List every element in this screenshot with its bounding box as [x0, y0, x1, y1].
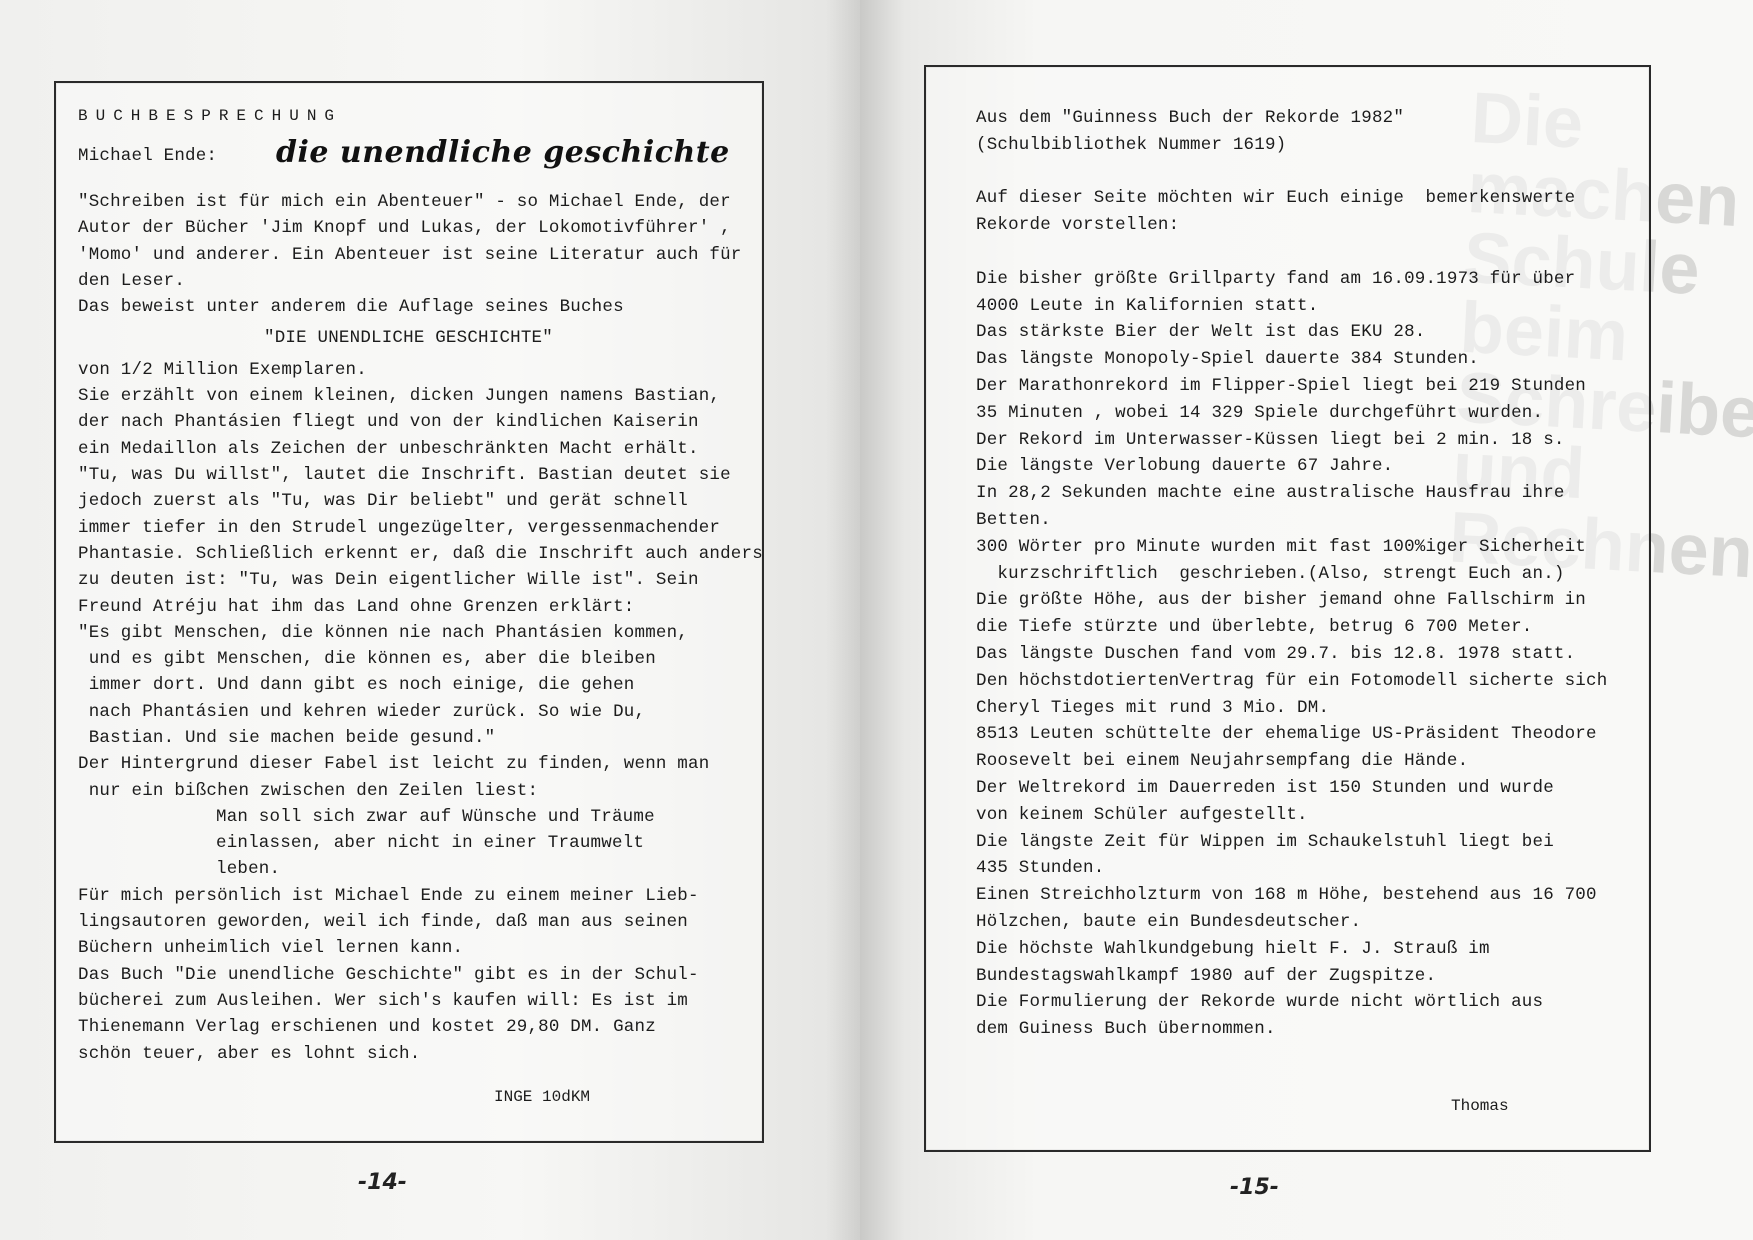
text-line: "Tu, was Du willst", lautet die Inschrif… — [78, 464, 731, 486]
record-line: Aus dem "Guinness Buch der Rekorde 1982" — [976, 107, 1404, 129]
record-line: Den höchstdotiertenVertrag für ein Fotom… — [976, 670, 1607, 692]
record-line: Das stärkste Bier der Welt ist das EKU 2… — [976, 321, 1425, 343]
page-number: -15- — [1230, 1175, 1279, 1200]
text-line: Man soll sich zwar auf Wünsche und Träum… — [216, 806, 655, 828]
record-line: Die größte Höhe, aus der bisher jemand o… — [976, 589, 1586, 611]
record-line: kurzschriftlich geschrieben.(Also, stren… — [976, 563, 1565, 585]
text-line: ein Medaillon als Zeichen der unbeschrän… — [78, 438, 699, 460]
text-line: "Schreiben ist für mich ein Abenteuer" -… — [78, 191, 731, 213]
record-line: Bundestagswahlkampf 1980 auf der Zugspit… — [976, 965, 1436, 987]
text-line: nach Phantásien und kehren wieder zurück… — [78, 701, 645, 723]
record-line: Der Marathonrekord im Flipper-Spiel lieg… — [976, 375, 1586, 397]
page-number: -14- — [358, 1170, 407, 1195]
record-line: von keinem Schüler aufgestellt. — [976, 804, 1308, 826]
text-line: Sie erzählt von einem kleinen, dicken Ju… — [78, 385, 720, 407]
record-line: die Tiefe stürzte und überlebte, betrug … — [976, 616, 1533, 638]
record-line: In 28,2 Sekunden machte eine australisch… — [976, 482, 1565, 504]
record-line: Betten. — [976, 509, 1051, 531]
text-line: den Leser. — [78, 270, 185, 292]
text-line: Für mich persönlich ist Michael Ende zu … — [78, 885, 699, 907]
text-line: Thienemann Verlag erschienen und kostet … — [78, 1016, 656, 1038]
record-line: (Schulbibliothek Nummer 1619) — [976, 134, 1286, 156]
text-line: immer tiefer in den Strudel ungezügelter… — [78, 517, 720, 539]
record-line: dem Guiness Buch übernommen. — [976, 1018, 1276, 1040]
record-line: Das längste Monopoly-Spiel dauerte 384 S… — [976, 348, 1479, 370]
text-line: Bastian. Und sie machen beide gesund." — [78, 727, 495, 749]
text-line: zu deuten ist: "Tu, was Dein eigentliche… — [78, 569, 699, 591]
text-line: leben. — [216, 858, 280, 880]
text-line: einlassen, aber nicht in einer Traumwelt — [216, 832, 644, 854]
record-line: Der Weltrekord im Dauerreden ist 150 Stu… — [976, 777, 1554, 799]
record-line: Die Formulierung der Rekorde wurde nicht… — [976, 991, 1543, 1013]
records-box: Aus dem "Guinness Buch der Rekorde 1982"… — [924, 65, 1651, 1152]
record-line: Hölzchen, baute ein Bundesdeutscher. — [976, 911, 1361, 933]
record-line: Rekorde vorstellen: — [976, 214, 1179, 236]
text-line: Büchern unheimlich viel lernen kann. — [78, 937, 463, 959]
record-line: Die längste Verlobung dauerte 67 Jahre. — [976, 455, 1393, 477]
record-line: 35 Minuten , wobei 14 329 Spiele durchge… — [976, 402, 1543, 424]
record-line: 4000 Leute in Kalifornien statt. — [976, 295, 1318, 317]
record-line: Auf dieser Seite möchten wir Euch einige… — [976, 187, 1575, 209]
text-line: bücherei zum Ausleihen. Wer sich's kaufe… — [78, 990, 688, 1012]
text-line: 'Momo' und anderer. Ein Abenteuer ist se… — [78, 244, 742, 266]
record-line: Die längste Zeit für Wippen im Schaukels… — [976, 831, 1554, 853]
record-line: Die höchste Wahlkundgebung hielt F. J. S… — [976, 938, 1490, 960]
text-line: von 1/2 Million Exemplaren. — [78, 359, 367, 381]
record-line: 8513 Leuten schüttelte der ehemalige US-… — [976, 723, 1597, 745]
book-title: die unendliche geschichte — [276, 135, 730, 170]
record-line: 435 Stunden. — [976, 857, 1104, 879]
text-line: immer dort. Und dann gibt es noch einige… — [78, 674, 635, 696]
author-label: Michael Ende: — [78, 145, 217, 167]
text-line: nur ein bißchen zwischen den Zeilen lies… — [78, 780, 538, 802]
signature: INGE 10dKM — [494, 1088, 590, 1106]
text-line: Autor der Bücher 'Jim Knopf und Lukas, d… — [78, 217, 731, 239]
text-line: und es gibt Menschen, die können es, abe… — [78, 648, 656, 670]
text-line: "DIE UNENDLICHE GESCHICHTE" — [264, 327, 553, 349]
text-line: Der Hintergrund dieser Fabel ist leicht … — [78, 753, 709, 775]
record-line: Die bisher größte Grillparty fand am 16.… — [976, 268, 1575, 290]
text-line: Phantasie. Schließlich erkennt er, daß d… — [78, 543, 763, 565]
record-line: Roosevelt bei einem Neujahrsempfang die … — [976, 750, 1468, 772]
text-line: Das Buch "Die unendliche Geschichte" gib… — [78, 964, 699, 986]
book-review-box: BUCHBESPRECHUNG Michael Ende: die unendl… — [54, 81, 764, 1143]
record-line: Das längste Duschen fand vom 29.7. bis 1… — [976, 643, 1575, 665]
text-line: der nach Phantásien fliegt und von der k… — [78, 411, 699, 433]
record-line: Cheryl Tieges mit rund 3 Mio. DM. — [976, 697, 1329, 719]
text-line: Das beweist unter anderem die Auflage se… — [78, 296, 624, 318]
record-line: 300 Wörter pro Minute wurden mit fast 10… — [976, 536, 1586, 558]
section-label: BUCHBESPRECHUNG — [78, 105, 342, 127]
record-line: Der Rekord im Unterwasser-Küssen liegt b… — [976, 429, 1565, 451]
text-line: lingsautoren geworden, weil ich finde, d… — [78, 911, 688, 933]
text-line: Freund Atréju hat ihm das Land ohne Gren… — [78, 596, 635, 618]
record-line: Einen Streichholzturm von 168 m Höhe, be… — [976, 884, 1597, 906]
text-line: "Es gibt Menschen, die können nie nach P… — [78, 622, 688, 644]
left-page: BUCHBESPRECHUNG Michael Ende: die unendl… — [0, 0, 860, 1240]
text-line: jedoch zuerst als "Tu, was Dir beliebt" … — [78, 490, 688, 512]
text-line: schön teuer, aber es lohnt sich. — [78, 1043, 420, 1065]
right-page: Die machen Schule beim Schreiben und Rec… — [860, 0, 1753, 1240]
signature: Thomas — [1451, 1097, 1509, 1115]
